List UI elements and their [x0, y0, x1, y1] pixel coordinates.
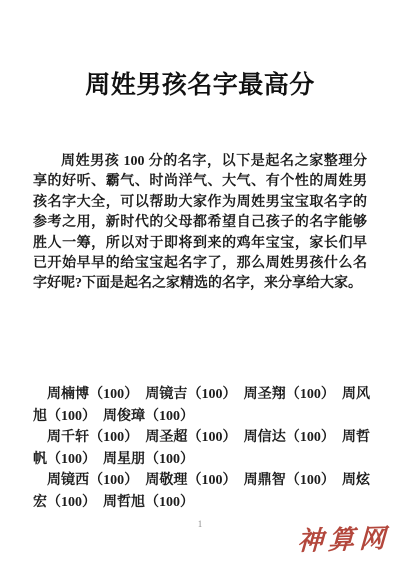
page-title: 周姓男孩名字最高分 [0, 65, 400, 101]
document-page: 周姓男孩名字最高分 周姓男孩 100 分的名字，以下是起名之家整理分享的好听、霸… [0, 0, 400, 565]
intro-paragraph: 周姓男孩 100 分的名字，以下是起名之家整理分享的好听、霸气、时尚洋气、大气、… [33, 152, 367, 295]
name-group: 周镜西（100） 周敬理（100） 周鼎智（100） 周炫宏（100） 周哲旭（… [33, 470, 370, 513]
name-group: 周千轩（100） 周圣超（100） 周信达（100） 周哲帆（100） 周星朋（… [33, 427, 370, 470]
watermark-shensuanwang: 神算网 [297, 518, 391, 558]
name-group: 周楠博（100） 周镜吉（100） 周圣翔（100） 周风旭（100） 周俊璋（… [33, 384, 370, 427]
names-list: 周楠博（100） 周镜吉（100） 周圣翔（100） 周风旭（100） 周俊璋（… [33, 384, 370, 514]
